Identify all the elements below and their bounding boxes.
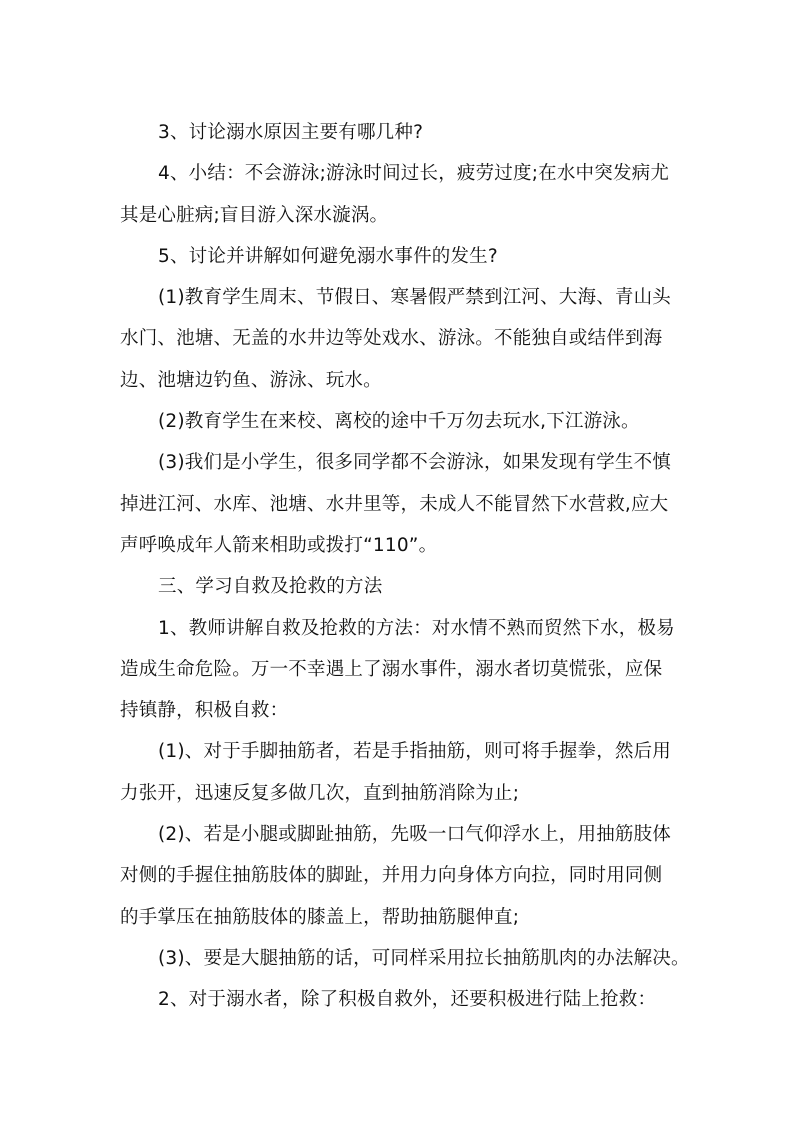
heading-discussion-prevention: 5、讨论并讲解如何避免溺水事件的发生?	[120, 236, 680, 277]
heading-discussion-causes: 3、讨论溺水原因主要有哪几种?	[120, 112, 680, 153]
paragraph-summary-line-1: 4、小结：不会游泳;游泳时间过长，疲劳过度;在水中突发病尤	[120, 153, 680, 194]
paragraph-item-3-line-3: 声呼唤成年人箭来相助或拨打“110”。	[120, 525, 680, 566]
paragraph-cramp-calf-line-1: (2)、若是小腿或脚趾抽筋，先吸一口气仰浮水上，用抽筋肢体	[120, 814, 680, 855]
paragraph-teacher-explains-line-2: 造成生命危险。万一不幸遇上了溺水事件，溺水者切莫慌张，应保	[120, 649, 680, 690]
document-page: 3、讨论溺水原因主要有哪几种? 4、小结：不会游泳;游泳时间过长，疲劳过度;在水…	[0, 0, 793, 1122]
paragraph-cramp-calf-line-3: 的手掌压在抽筋肢体的膝盖上，帮助抽筋腿伸直;	[120, 897, 680, 938]
paragraph-cramp-thigh: (3)、要是大腿抽筋的话，可同样采用拉长抽筋肌肉的办法解决。	[120, 938, 680, 979]
paragraph-item-1-line-1: (1)教育学生周末、节假日、寒暑假严禁到江河、大海、青山头	[120, 277, 680, 318]
paragraph-item-1-line-3: 边、池塘边钓鱼、游泳、玩水。	[120, 360, 680, 401]
paragraph-item-1-line-2: 水门、池塘、无盖的水井边等处戏水、游泳。不能独自或结伴到海	[120, 318, 680, 359]
paragraph-summary-line-2: 其是心脏病;盲目游入深水漩涡。	[120, 195, 680, 236]
document-body: 3、讨论溺水原因主要有哪几种? 4、小结：不会游泳;游泳时间过长，疲劳过度;在水…	[120, 112, 680, 1021]
paragraph-teacher-explains-line-3: 持镇静，积极自救：	[120, 690, 680, 731]
paragraph-item-3-line-2: 掉进江河、水库、池塘、水井里等，未成人不能冒然下水营救,应大	[120, 484, 680, 525]
paragraph-cramp-hand-line-2: 力张开，迅速反复多做几次，直到抽筋消除为止;	[120, 773, 680, 814]
paragraph-item-2: (2)教育学生在来校、离校的途中千万勿去玩水,下江游泳。	[120, 401, 680, 442]
paragraph-cramp-calf-line-2: 对侧的手握住抽筋肢体的脚趾，并用力向身体方向拉，同时用同侧	[120, 855, 680, 896]
paragraph-item-3-line-1: (3)我们是小学生，很多同学都不会游泳，如果发现有学生不慎	[120, 442, 680, 483]
paragraph-teacher-explains-line-1: 1、教师讲解自救及抢救的方法：对水情不熟而贸然下水，极易	[120, 608, 680, 649]
paragraph-cramp-hand-line-1: (1)、对于手脚抽筋者，若是手指抽筋，则可将手握拳，然后用	[120, 731, 680, 772]
paragraph-land-rescue: 2、对于溺水者，除了积极自救外，还要积极进行陆上抢救：	[120, 979, 680, 1020]
section-heading-self-rescue: 三、学习自救及抢救的方法	[120, 566, 680, 607]
